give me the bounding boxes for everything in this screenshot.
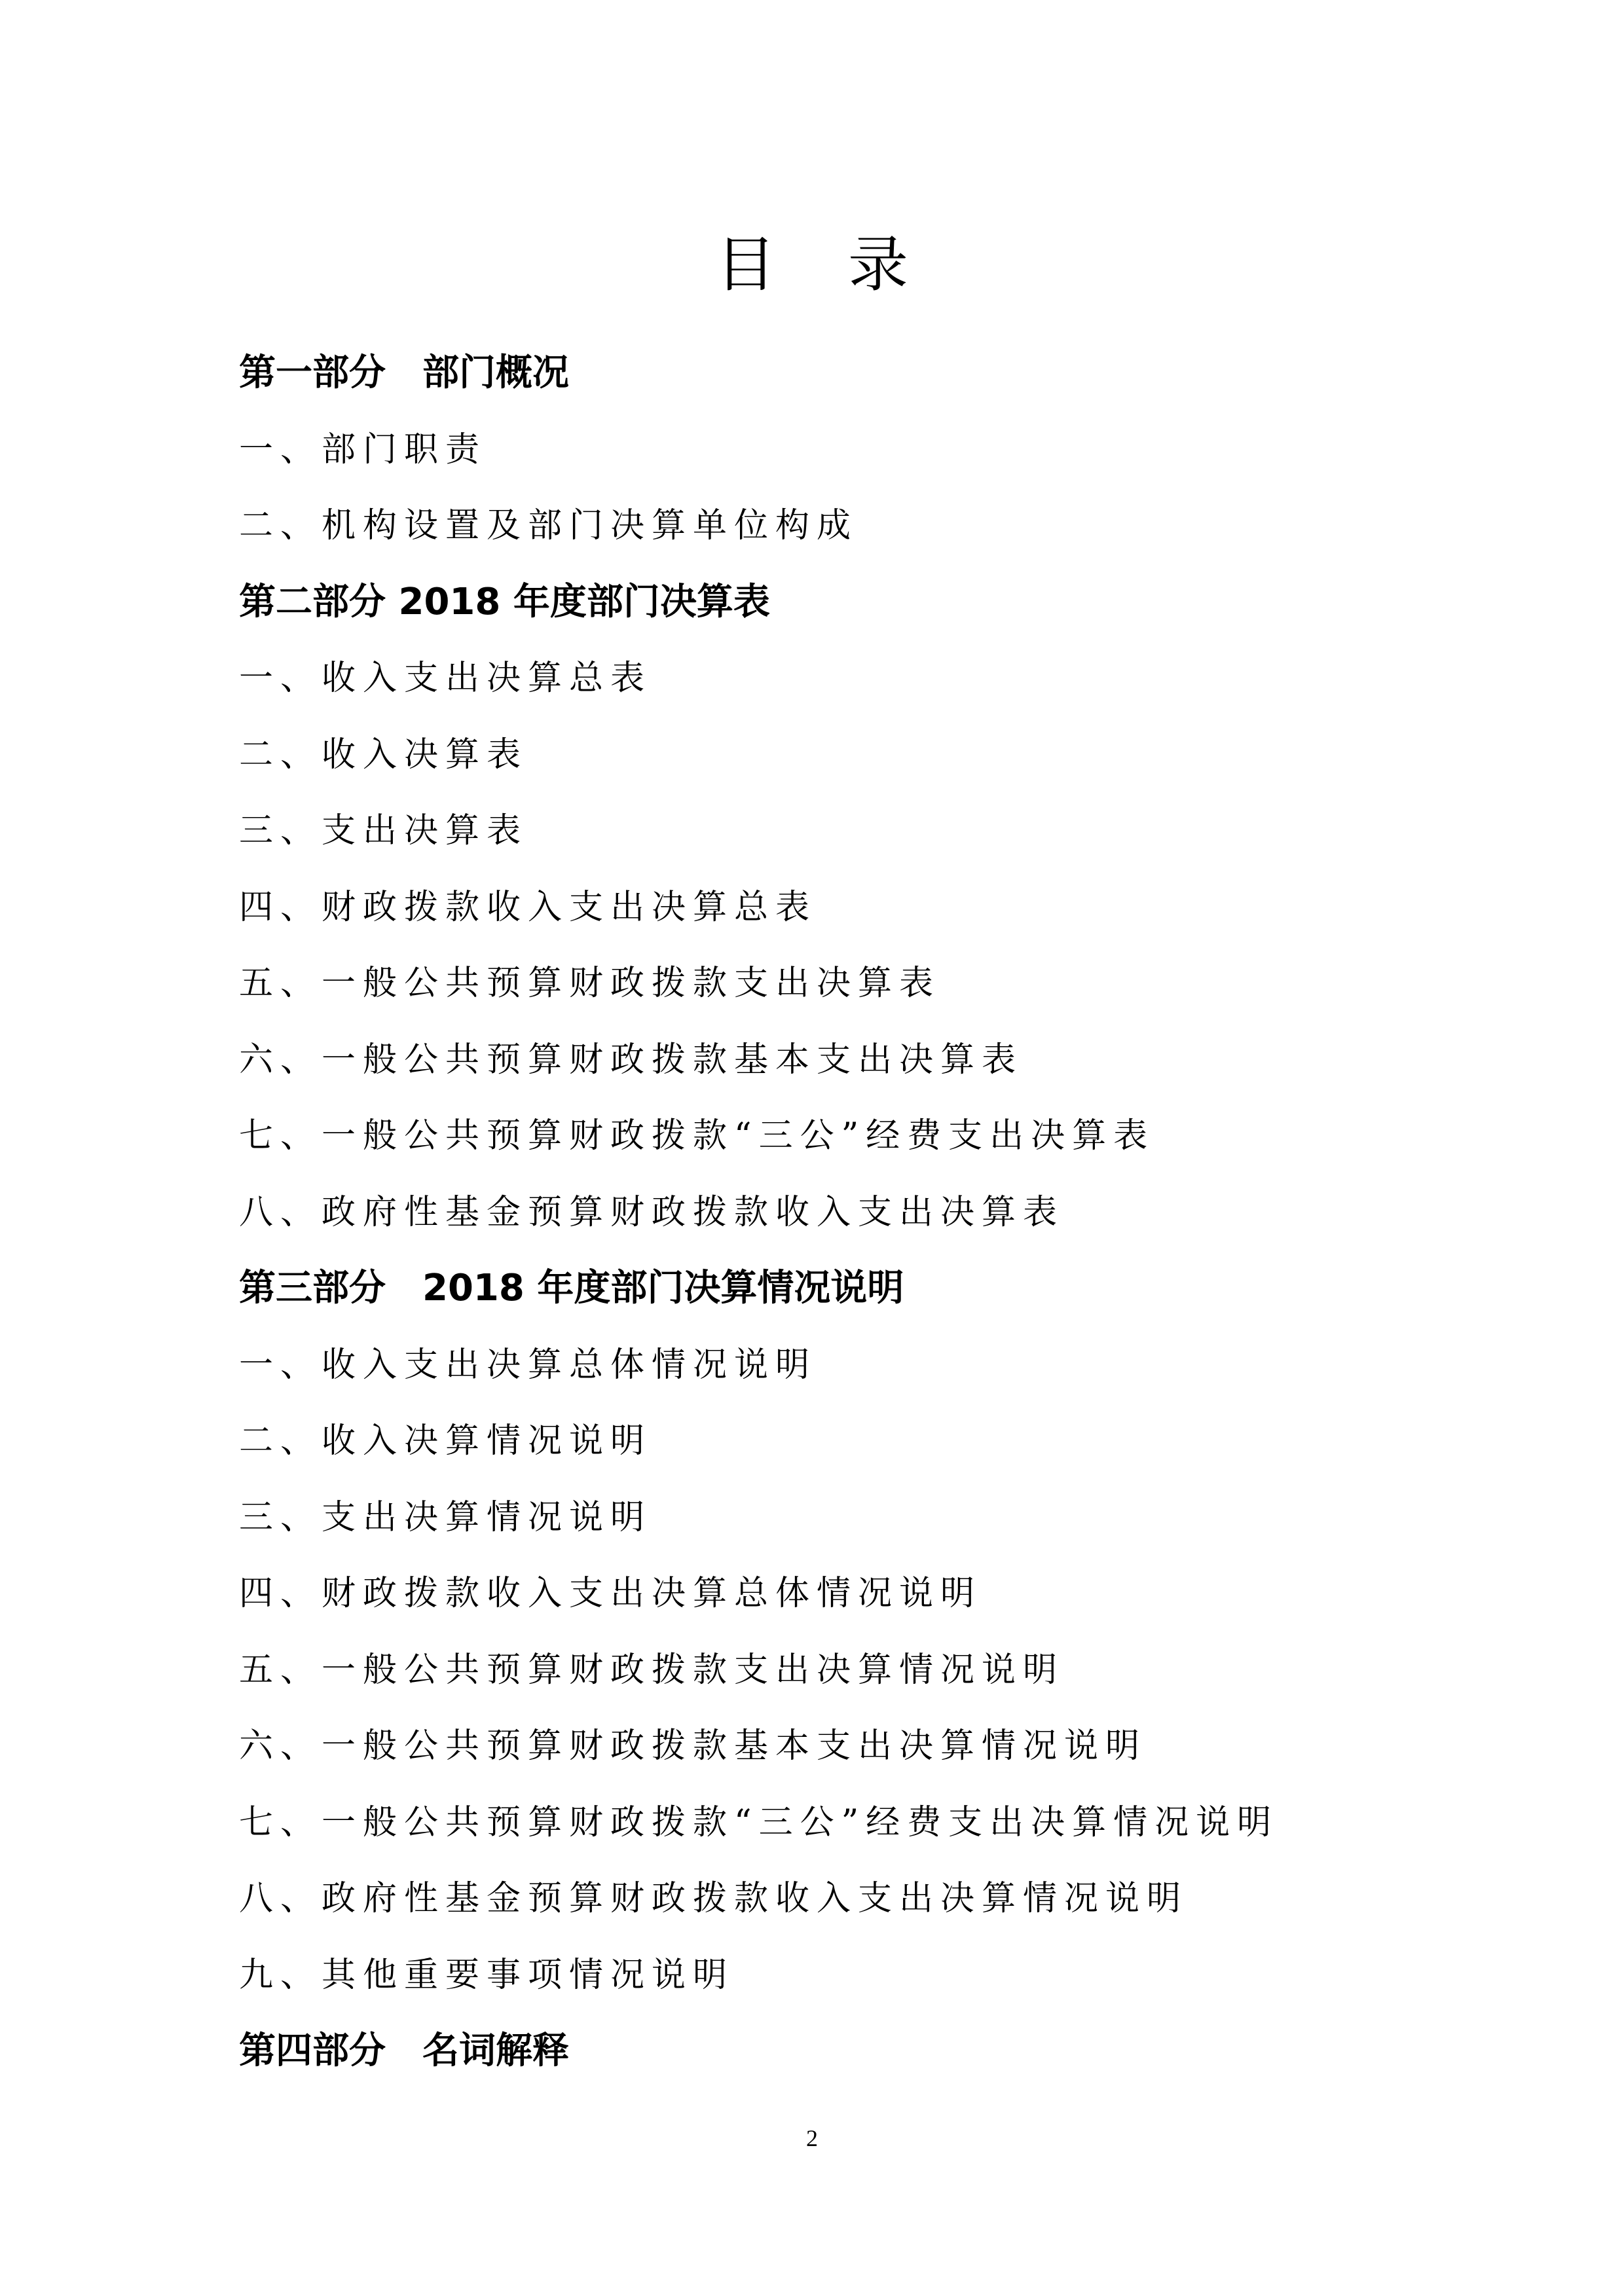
toc-item: 六、一般公共预算财政拨款基本支出决算表 <box>239 1027 1483 1104</box>
toc-item: 二、收入决算情况说明 <box>239 1408 1483 1485</box>
toc-part-4: 第四部分 名词解释 <box>239 2018 1483 2095</box>
toc-item: 八、政府性基金预算财政拨款收入支出决算情况说明 <box>239 1866 1483 1942</box>
toc-item: 五、一般公共预算财政拨款支出决算情况说明 <box>239 1637 1483 1714</box>
toc-item: 二、机构设置及部门决算单位构成 <box>239 493 1483 570</box>
toc-item: 七、一般公共预算财政拨款“三公”经费支出决算表 <box>239 1103 1483 1180</box>
page-title: 目录 <box>0 226 1624 304</box>
toc-item: 八、政府性基金预算财政拨款收入支出决算表 <box>239 1180 1483 1256</box>
table-of-contents: 第一部分 部门概况 一、部门职责 二、机构设置及部门决算单位构成 第二部分 20… <box>239 340 1483 2095</box>
toc-item: 四、财政拨款收入支出决算总体情况说明 <box>239 1561 1483 1637</box>
page-number: 2 <box>0 2124 1624 2152</box>
toc-part-3: 第三部分 2018 年度部门决算情况说明 <box>239 1256 1483 1332</box>
toc-item: 七、一般公共预算财政拨款“三公”经费支出决算情况说明 <box>239 1790 1483 1867</box>
toc-item: 二、收入决算表 <box>239 722 1483 799</box>
toc-item: 五、一般公共预算财政拨款支出决算表 <box>239 951 1483 1027</box>
toc-item: 三、支出决算情况说明 <box>239 1485 1483 1561</box>
toc-item: 三、支出决算表 <box>239 798 1483 875</box>
toc-part-1: 第一部分 部门概况 <box>239 340 1483 417</box>
toc-item: 九、其他重要事项情况说明 <box>239 1942 1483 2019</box>
toc-part-2: 第二部分 2018 年度部门决算表 <box>239 570 1483 646</box>
toc-item: 一、收入支出决算总表 <box>239 646 1483 722</box>
toc-item: 六、一般公共预算财政拨款基本支出决算情况说明 <box>239 1713 1483 1790</box>
toc-item: 一、部门职责 <box>239 417 1483 494</box>
toc-item: 一、收入支出决算总体情况说明 <box>239 1332 1483 1409</box>
toc-item: 四、财政拨款收入支出决算总表 <box>239 875 1483 951</box>
